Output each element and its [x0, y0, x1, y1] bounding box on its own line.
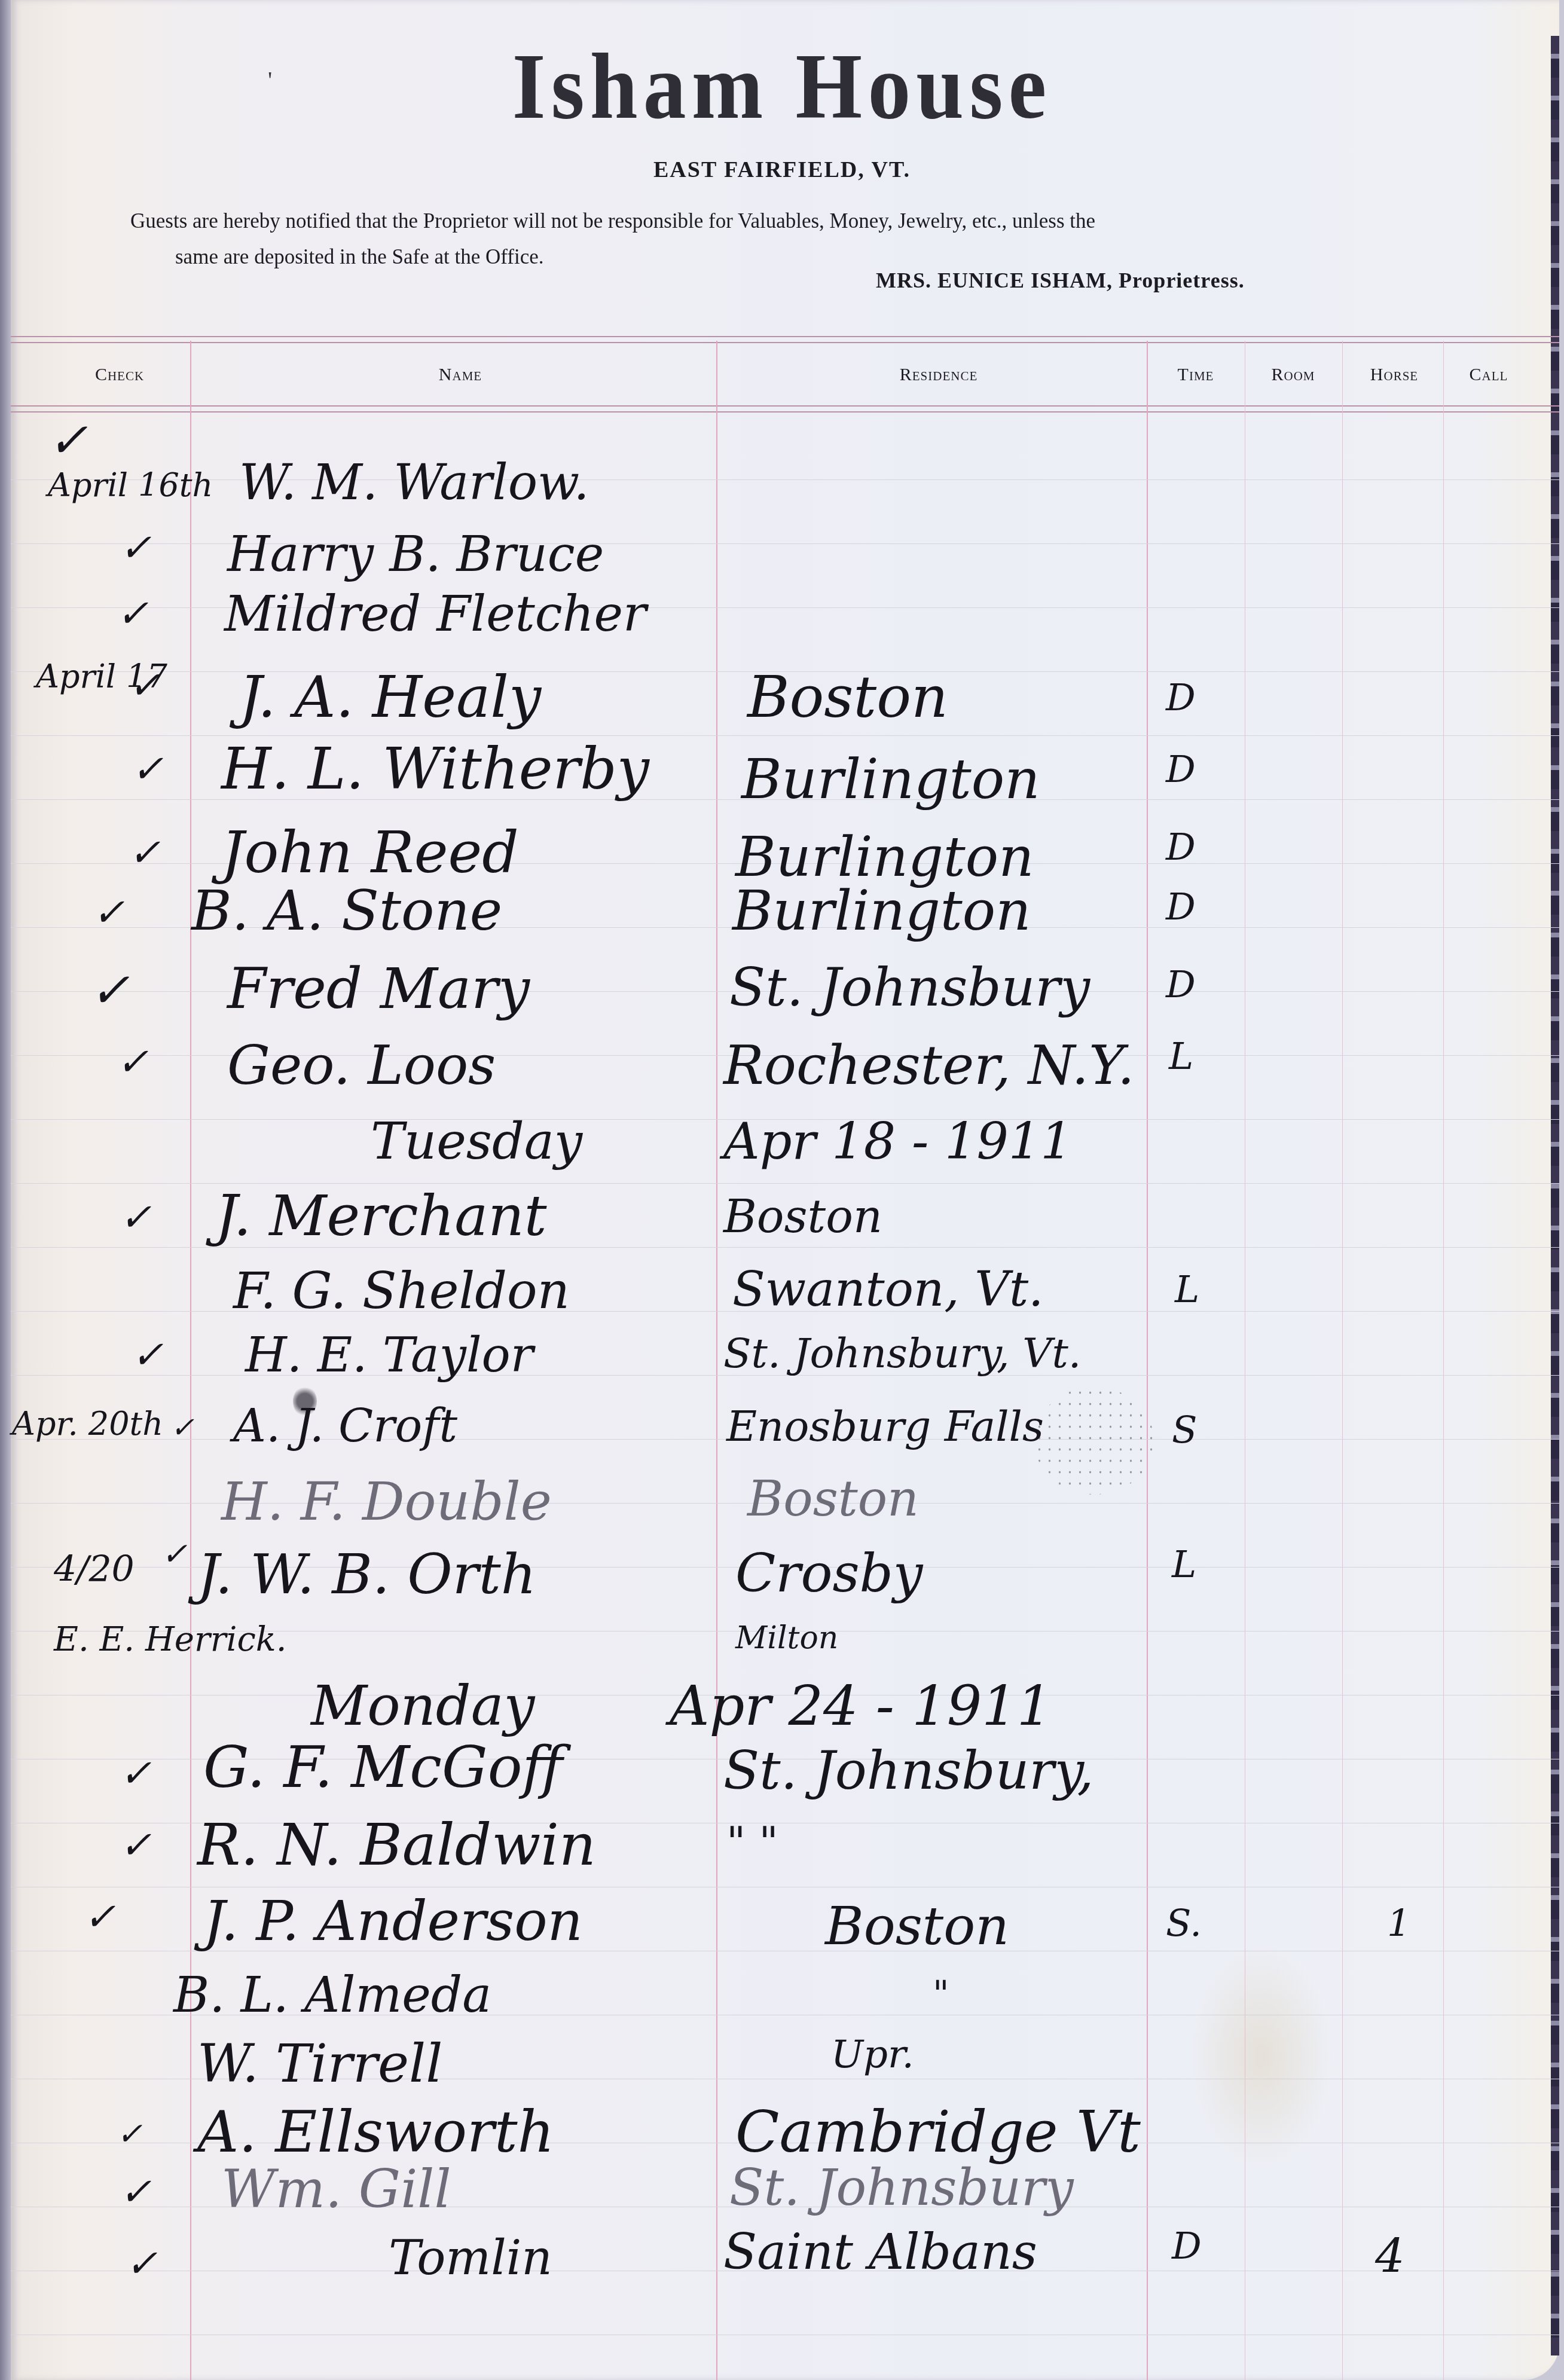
guest-name: John Reed — [221, 819, 519, 886]
proprietor-name: MRS. EUNICE ISHAM, Proprietress. — [876, 268, 1245, 293]
guest-name: W. M. Warlow. — [239, 454, 589, 511]
guest-name: Harry B. Bruce — [227, 526, 604, 583]
guest-residence: Saint Albans — [723, 2224, 1037, 2281]
column-header-horse: Horse — [1346, 365, 1442, 385]
time-mark: D — [1166, 825, 1196, 869]
ruled-line — [11, 1887, 1559, 1887]
check-mark: ✓ — [117, 1040, 149, 1084]
guest-name: J. Merchant — [215, 1184, 547, 1249]
guest-name: Fred Mary — [227, 957, 530, 1022]
day-heading: Tuesday — [371, 1112, 582, 1171]
guest-name: R. N. Baldwin — [197, 1811, 596, 1878]
column-header-check: Check — [60, 365, 179, 385]
call-mark: 4 — [1375, 2230, 1405, 2284]
day-heading: Monday — [311, 1674, 535, 1738]
guest-residence: Burlington — [732, 879, 1031, 943]
check-mark: ✓ — [126, 2242, 158, 2286]
date-note: April 16th — [48, 466, 213, 504]
ruled-line — [11, 2335, 1559, 2335]
guest-name: J. W. B. Orth — [197, 1542, 536, 1606]
guest-notice: Guests are hereby notified that the Prop… — [130, 203, 1446, 275]
guest-residence: Upr. — [831, 2033, 914, 2077]
check-mark: ✓ — [120, 1823, 152, 1868]
time-mark: L — [1169, 1034, 1193, 1078]
ink-speckle — [1034, 1387, 1154, 1495]
check-mark: ✓ — [84, 1895, 116, 1939]
check-mark: ✓ — [117, 592, 149, 636]
check-mark: ✓ — [129, 831, 161, 875]
guest-residence: Cambridge Vt — [735, 2098, 1141, 2165]
time-mark: D — [1166, 885, 1196, 928]
guest-residence: St. Johnsbury — [729, 2158, 1074, 2217]
date-note: 4/20 — [54, 1548, 135, 1590]
guest-residence: " — [933, 1973, 949, 2015]
guest-name: B. L. Almeda — [173, 1967, 491, 2024]
column-divider-horse — [1443, 341, 1444, 2380]
guest-residence: St. Johnsbury — [729, 957, 1090, 1018]
check-mark: ✓ — [132, 747, 164, 792]
day-date: Apr 24 - 1911 — [670, 1674, 1052, 1738]
column-divider-check — [190, 341, 191, 2380]
guest-name: Wm. Gill — [221, 2158, 451, 2220]
guest-residence: Rochester, N.Y. — [723, 1034, 1135, 1097]
guest-name: W. Tirrell — [197, 2033, 442, 2094]
guest-name: A. J. Croft — [233, 1399, 457, 1452]
check-mark: ✓ — [120, 1752, 152, 1796]
guest-residence: Boston — [747, 664, 948, 731]
check-mark: ✓ — [117, 2116, 143, 2152]
book-binding — [1551, 36, 1559, 2355]
notice-line-1: Guests are hereby notified that the Prop… — [130, 209, 1095, 233]
column-header-call: Call — [1447, 365, 1531, 385]
date-note: Apr. 20th — [12, 1405, 163, 1443]
column-divider-name — [716, 341, 717, 2380]
hotel-title: Isham House — [63, 33, 1502, 140]
guest-residence: St. Johnsbury, Vt. — [723, 1330, 1081, 1377]
guest-name: J. P. Anderson — [203, 1889, 583, 1953]
guest-name: H. E. Taylor — [245, 1327, 533, 1383]
guest-name: Mildred Fletcher — [224, 586, 646, 643]
water-stain — [1190, 1943, 1333, 2170]
guest-name: J. A. Healy — [239, 664, 541, 731]
guest-residence: St. Johnsbury, — [723, 1740, 1093, 1801]
hotel-location: EAST FAIRFIELD, VT. — [0, 157, 1564, 183]
column-divider-room — [1342, 341, 1343, 2380]
time-mark: D — [1166, 963, 1196, 1006]
time-mark: L — [1175, 1267, 1199, 1311]
guest-residence: Swanton, Vt. — [732, 1261, 1044, 1317]
guest-residence: Enosburg Falls — [726, 1402, 1044, 1451]
column-header-name: Name — [395, 365, 526, 385]
call-mark: 1 — [1387, 1901, 1410, 1945]
column-divider-residence — [1147, 341, 1148, 2380]
time-mark: S. — [1166, 1901, 1202, 1945]
guest-name: E. E. Herrick. — [54, 1620, 286, 1659]
guest-name: Tomlin — [389, 2230, 552, 2286]
book-spine-edge — [0, 0, 11, 2380]
guest-residence: Boston — [825, 1895, 1009, 1957]
check-mark: ✓ — [161, 1536, 188, 1572]
check-mark: ✓ — [129, 664, 161, 708]
guest-name: Geo. Loos — [227, 1034, 496, 1097]
guest-residence: Burlington — [741, 747, 1040, 811]
column-header-room: Room — [1248, 365, 1338, 385]
guest-residence: Boston — [747, 1471, 919, 1527]
guest-residence: Boston — [723, 1190, 882, 1243]
guest-name: A. Ellsworth — [197, 2098, 554, 2165]
guest-name: H. F. Double — [221, 1471, 552, 1532]
notice-line-2: same are deposited in the Safe at the Of… — [130, 239, 1446, 275]
time-mark: D — [1166, 676, 1196, 719]
day-date: Apr 18 - 1911 — [723, 1112, 1073, 1171]
guest-name: G. F. McGoff — [203, 1734, 563, 1801]
guest-residence: " " — [726, 1817, 778, 1866]
guest-residence: Crosby — [735, 1542, 923, 1604]
time-mark: S — [1172, 1408, 1197, 1452]
guest-name: F. G. Sheldon — [233, 1261, 570, 1320]
check-mark: ✓ — [132, 1333, 164, 1377]
time-mark: L — [1172, 1542, 1196, 1586]
guest-residence: Milton — [735, 1620, 838, 1656]
check-mark: ✓ — [120, 1196, 152, 1240]
check-mark: ✓ — [120, 526, 152, 570]
header-rule-top — [11, 336, 1559, 343]
column-header-residence: Residence — [849, 365, 1028, 385]
guest-name: H. L. Witherby — [221, 735, 649, 802]
time-mark: D — [1166, 747, 1196, 791]
check-mark: ✓ — [170, 1411, 194, 1444]
check-mark: ✓ — [120, 2170, 152, 2214]
column-header-time: Time — [1151, 365, 1241, 385]
check-mark: ✓ — [90, 963, 130, 1018]
guest-name: B. A. Stone — [191, 879, 502, 943]
check-mark: ✓ — [48, 413, 88, 468]
check-mark: ✓ — [93, 891, 125, 935]
header-rule-bottom — [11, 405, 1559, 413]
time-mark: D — [1172, 2224, 1202, 2268]
